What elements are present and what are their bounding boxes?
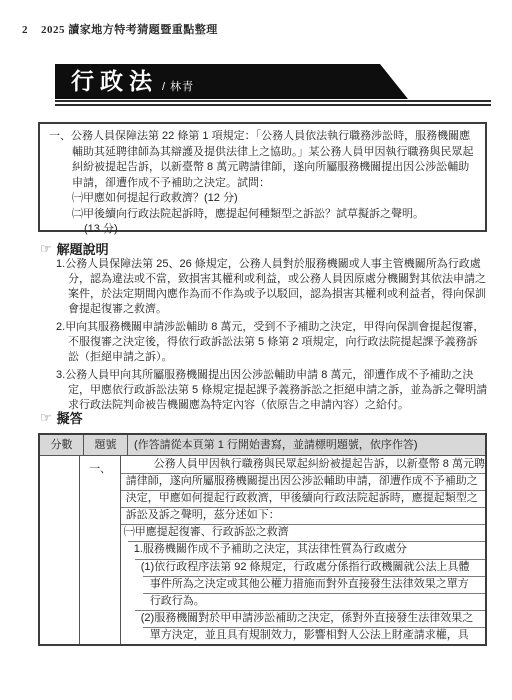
- answer-line: 決定，甲應如何提起行政救濟，甲後續向行政法院起訴時，應提起類型之: [121, 490, 485, 507]
- score-cell: [40, 456, 80, 644]
- header-instructions: (作答請從本頁第 1 行開始書寫，並請標明題號，依序作答): [128, 435, 485, 455]
- answer-heading: ☞ 擬答: [40, 408, 83, 427]
- book-title: 2025 讀家地方特考猜題暨重點整理: [41, 24, 218, 36]
- question-sub-2: ㈡甲後續向行政法院起訴時，應提起何種類型之訴訟？試草擬訴之聲明。: [49, 207, 479, 223]
- answer-line: 單方決定，並且具有規制效力，影響相對人公法上財產請求權，具: [121, 627, 485, 644]
- explain-item: 2.甲向其服務機關申請涉訟輔助 8 萬元，受到不予補助之決定，甲得向保訓會提起復…: [56, 320, 488, 365]
- explain-item: 3.公務人員甲向其所屬服務機關提出因公涉訟輔助申請 8 萬元，卻遭作成不予補助之…: [56, 368, 488, 413]
- double-rule: [55, 100, 491, 106]
- answer-sheet-table: 分數 題號 (作答請從本頁第 1 行開始書寫，並請標明題號，依序作答) 一、 公…: [38, 433, 487, 646]
- question-sub-1: ㈠甲應如何提起行政救濟？(12 分): [49, 191, 479, 207]
- page-number: 2: [22, 24, 28, 36]
- question-sub-2-score: (13 分): [49, 222, 479, 238]
- answer-heading-label: 擬答: [57, 408, 83, 427]
- explain-item: 1.公務人員保障法第 25、26 條規定，公務人員對於服務機關或人事主管機關所為…: [56, 257, 488, 317]
- header-score: 分數: [40, 435, 84, 455]
- pointing-hand-icon: ☞: [40, 411, 52, 424]
- answer-line: 請律師，遂向所屬服務機關提出因公涉訟輔助申請，卻遭作成不予補助之: [121, 473, 485, 490]
- explain-heading-label: 解題說明: [57, 239, 109, 258]
- question-number: 一、: [49, 130, 71, 142]
- question-box: 一、公務人員保障法第 22 條第 1 項規定：「公務人員依法執行職務涉訟時，服務…: [38, 122, 487, 232]
- answer-table-body: 一、 公務人員甲因執行職務與民眾起糾紛被提起告訴，以新臺幣 8 萬元聘 請律師，…: [40, 456, 485, 644]
- answer-line: (1)依行政程序法第 92 條規定，行政處分係指行政機關就公法上具體: [121, 559, 485, 576]
- chapter-banner: 行政法 / 林青: [55, 64, 408, 99]
- question-no-cell: 一、: [80, 456, 120, 644]
- answer-line: ㈠甲應提起復審、行政訴訟之救濟: [121, 524, 485, 541]
- running-head: 22025 讀家地方特考猜題暨重點整理: [22, 21, 218, 37]
- explain-heading: ☞ 解題說明: [40, 239, 109, 258]
- answer-table-header: 分數 題號 (作答請從本頁第 1 行開始書寫，並請標明題號，依序作答): [40, 435, 485, 456]
- book-page: 22025 讀家地方特考猜題暨重點整理 行政法 / 林青 一、公務人員保障法第 …: [0, 0, 512, 700]
- answer-line: 訴訟及訴之聲明，茲分述如下：: [121, 507, 485, 524]
- answer-lines: 公務人員甲因執行職務與民眾起糾紛被提起告訴，以新臺幣 8 萬元聘 請律師，遂向所…: [121, 456, 485, 644]
- pointing-hand-icon: ☞: [40, 242, 52, 255]
- answer-line: 公務人員甲因執行職務與民眾起糾紛被提起告訴，以新臺幣 8 萬元聘: [121, 456, 485, 473]
- header-question-no: 題號: [84, 435, 128, 455]
- chapter-title: 行政法: [71, 70, 158, 93]
- answer-line: 1.服務機關作成不予補助之決定，其法律性質為行政處分: [121, 541, 485, 558]
- answer-line: 事件所為之決定或其他公權力措施而對外直接發生法律效果之單方: [121, 576, 485, 593]
- answer-line: 行政行為。: [121, 593, 485, 610]
- question-text: 一、公務人員保障法第 22 條第 1 項規定：「公務人員依法執行職務涉訟時，服務…: [49, 129, 479, 191]
- explain-list: 1.公務人員保障法第 25、26 條規定，公務人員對於服務機關或人事主管機關所為…: [56, 257, 488, 416]
- chapter-author: / 林青: [162, 78, 194, 94]
- answer-line: (2)服務機關對於甲申請涉訟補助之決定，係對外直接發生法律效果之: [121, 610, 485, 627]
